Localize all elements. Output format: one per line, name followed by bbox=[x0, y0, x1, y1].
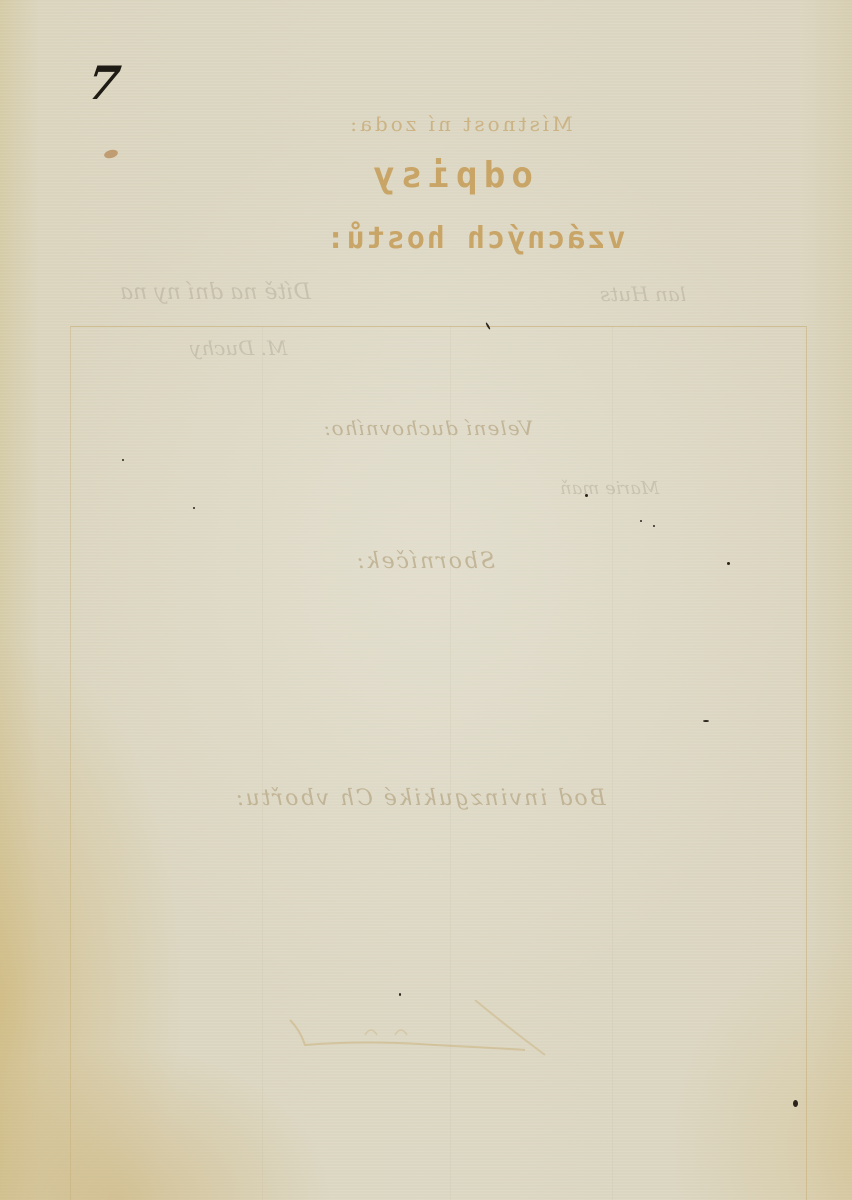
handwriting-bleed: Dítě na dní ny na bbox=[120, 280, 311, 305]
folio-number: 7 bbox=[85, 60, 123, 106]
handwriting-bleed: lan Huts bbox=[600, 282, 686, 306]
handwriting-bleed: Marie maň bbox=[560, 478, 659, 499]
ink-speck bbox=[585, 494, 588, 497]
ruled-frame bbox=[70, 326, 807, 1200]
ink-speck bbox=[727, 562, 730, 565]
ink-speck bbox=[640, 520, 642, 522]
ink-speck bbox=[703, 720, 709, 722]
ink-speck bbox=[122, 459, 124, 461]
document-page: 7 Místnost ní zoda: odpisy vzácných host… bbox=[0, 0, 852, 1200]
ink-speck bbox=[193, 507, 195, 509]
bleed-through-label-bottom: Bod invinzgukiké Ch vbořtu: bbox=[140, 788, 700, 810]
column-rule bbox=[450, 326, 451, 1200]
ink-speck bbox=[399, 993, 401, 996]
bleed-through-subtitle: Místnost ní zoda: bbox=[300, 114, 620, 134]
signature-bleed-stroke bbox=[285, 1000, 565, 1060]
handwriting-bleed: M. Duchy bbox=[190, 336, 288, 360]
column-rule bbox=[262, 326, 263, 1200]
ink-stain bbox=[103, 148, 119, 159]
bleed-through-label-choir: Sborníček: bbox=[305, 551, 545, 573]
ink-speck bbox=[793, 1100, 798, 1107]
bleed-through-title-line1: odpisy bbox=[360, 158, 540, 194]
column-rule bbox=[612, 326, 613, 1200]
bleed-through-label-clergy: Velení duchovního: bbox=[258, 418, 598, 438]
ink-speck bbox=[653, 525, 655, 527]
bleed-through-title-line2: vzácných hostů: bbox=[295, 224, 655, 254]
